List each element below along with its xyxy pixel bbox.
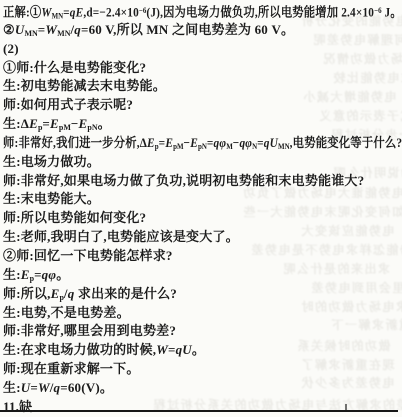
text-line: 11.缺 [3,398,402,417]
text-line: ①师:什么是电势能变化? [3,59,402,78]
text-line: 生:电势,不是电势差。 [3,304,402,323]
text-line: 生:电场力做功。 [3,153,402,172]
text-line: 生:U=W/q=60(V)。 [3,379,402,398]
text-line: 师:非常好,哪里会用到电势差? [3,322,402,341]
text-line: 生:末电势能大。 [3,190,402,209]
text-line: 生:ΔEp=EpM−EpN。 [3,115,402,134]
scanned-document-page: 电势能的变化分析如何理解电势差呢电场力做功情况初末电势能比较电势能增大减小式子表… [0,0,402,417]
text-line: 生:老师,我明白了,电势能应该是变大了。 [3,228,402,247]
text-line: 师:非常好,我们进一步分析,ΔEp=EpM−EpN=qφM−qφN=qUMN,电… [3,134,351,153]
scan-artifact-tick [345,404,347,410]
text-line: 正解:①WMN=qE,d=−2.4×10−6(J),因为电场力做负功,所以电势能… [3,2,350,21]
text-line: 师:现在重新求解一下。 [3,360,402,379]
text-line: 师:非常好,如果电场力做了负功,说明初电势能和末电势能谁大? [3,172,402,191]
text-line: (2) [3,40,402,59]
text-line: 师:所以电势能如何变化? [3,209,402,228]
text-line: 师:所以,Ep/q 求出来的是什么? [3,285,402,304]
text-line: 生:在求电场力做功的时候,W=qU。 [3,341,402,360]
text-line: 师:如何用式子表示呢? [3,96,402,115]
bottom-rule [0,410,398,412]
text-line: ②师:回忆一下电势能怎样求? [3,247,402,266]
text-line: 生:初电势能减去末电势能。 [3,77,402,96]
text-line: ②UMN=WMN/q=60 V,所以 MN 之间电势差为 60 V。 [3,21,402,40]
dialogue-text: 正解:①WMN=qE,d=−2.4×10−6(J),因为电场力做负功,所以电势能… [3,2,402,417]
text-line: 生:Ep=qφ。 [3,266,402,285]
